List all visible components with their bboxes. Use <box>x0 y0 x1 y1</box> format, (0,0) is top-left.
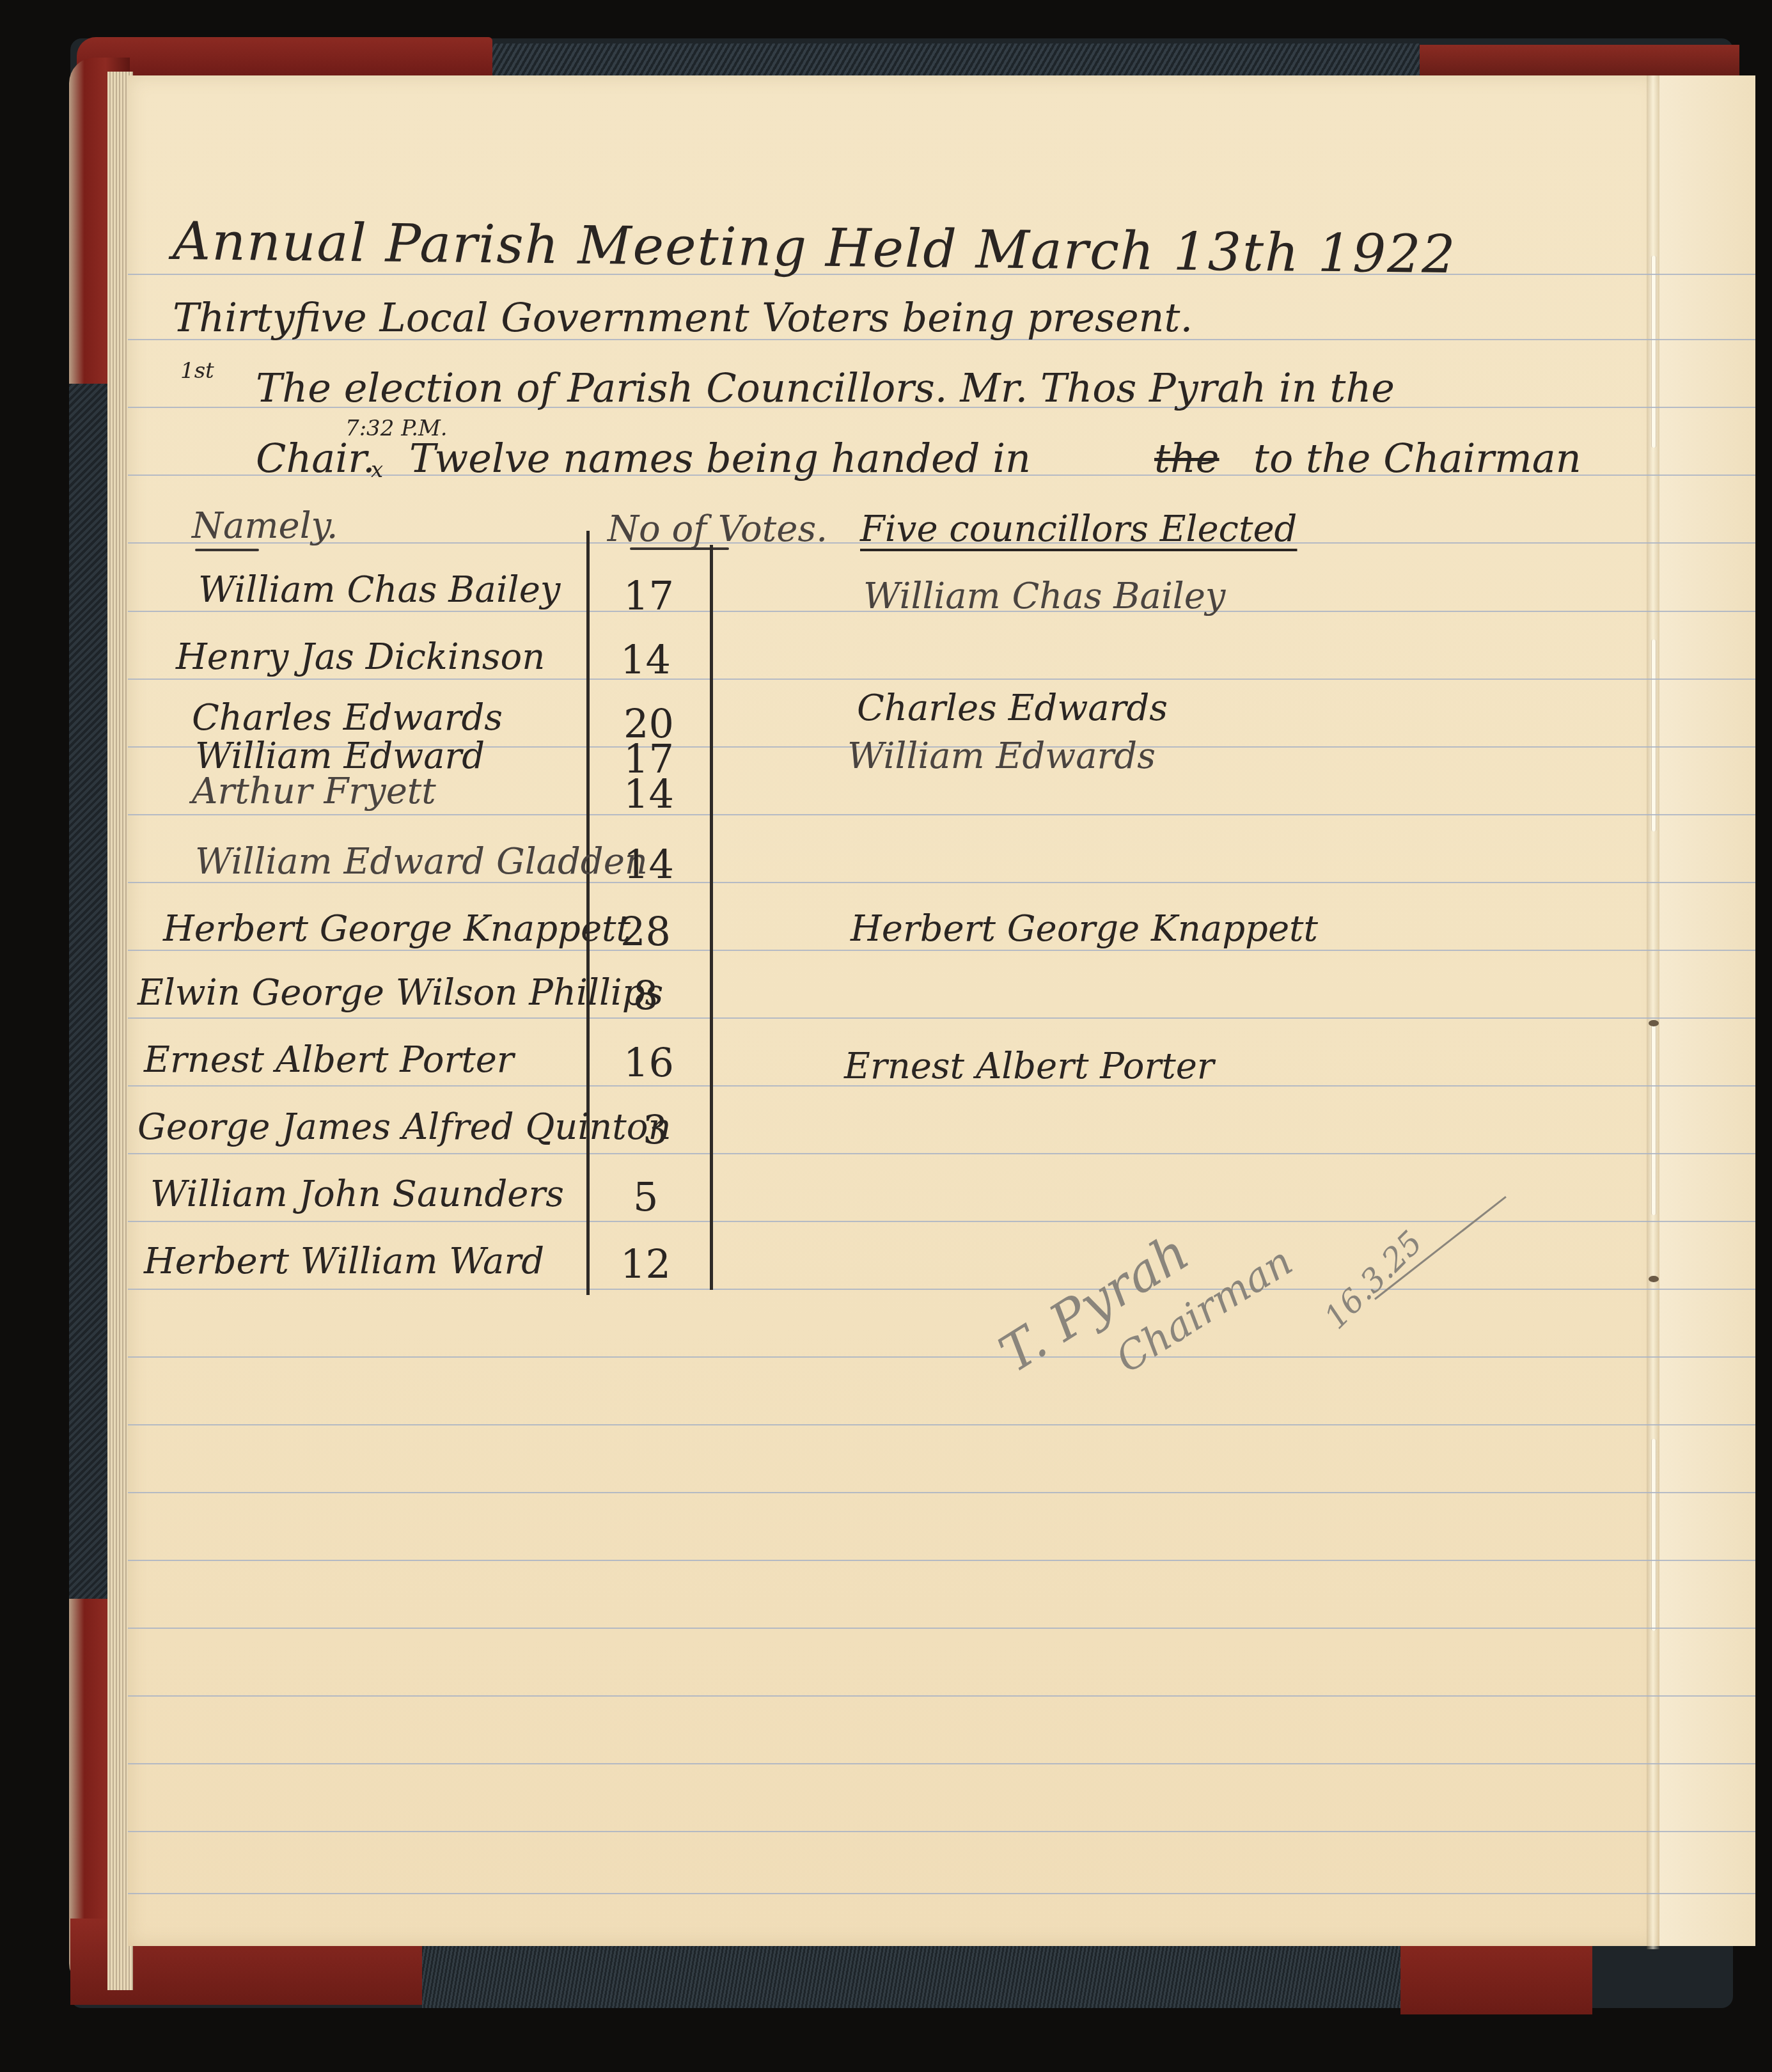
elected-column-header: Five councillors Elected <box>860 508 1297 550</box>
stitch-knot <box>1649 1276 1659 1282</box>
elected-councillor: Herbert George Knappett <box>851 908 1318 950</box>
leather-corner-top-left <box>77 37 492 77</box>
candidate-name: Herbert George Knappett <box>163 908 631 950</box>
candidate-name: Henry Jas Dickinson <box>176 636 545 678</box>
to-chairman: to the Chairman <box>1253 435 1581 482</box>
cover-cloth-top <box>486 43 1420 79</box>
candidate-votes: 3 <box>643 1106 668 1153</box>
candidate-name: George James Alfred Quinton <box>137 1106 671 1148</box>
candidate-votes: 16 <box>623 1039 674 1086</box>
item-number: 1st <box>180 358 214 384</box>
elected-councillor: Charles Edwards <box>857 687 1168 729</box>
candidate-name: Elwin George Wilson Phillips <box>137 972 663 1014</box>
candidate-name: Herbert William Ward <box>144 1241 544 1282</box>
chair-word: Chair. <box>256 435 375 482</box>
candidate-votes: 17 <box>623 572 674 619</box>
binding-stitch <box>1651 640 1656 831</box>
votes-header-underline <box>630 547 729 550</box>
candidate-votes: 14 <box>620 636 671 683</box>
candidate-name: Arthur Fryett <box>192 771 436 812</box>
candidate-name: Ernest Albert Porter <box>144 1039 514 1081</box>
binding-stitch <box>1651 1023 1656 1215</box>
facing-page-edge <box>1659 75 1755 1946</box>
candidate-votes: 14 <box>623 841 674 888</box>
stitch-knot <box>1649 1020 1659 1026</box>
candidate-votes: 5 <box>633 1173 658 1220</box>
struck-word: the <box>1154 435 1219 482</box>
binding-stitch <box>1651 1439 1656 1631</box>
binding-stitch <box>1651 256 1656 448</box>
elected-councillor: William Edwards <box>847 735 1156 777</box>
candidate-name: William Chas Bailey <box>198 569 560 611</box>
election-line: The election of Parish Councillors. Mr. … <box>256 365 1395 411</box>
names-handed-line: Twelve names being handed in <box>409 435 1031 482</box>
attendance-line: Thirtyfive Local Government Voters being… <box>173 294 1193 341</box>
candidate-name: William John Saunders <box>150 1173 564 1215</box>
candidate-votes: 12 <box>620 1241 671 1287</box>
elected-councillor: Ernest Albert Porter <box>844 1046 1214 1087</box>
votes-column-header: No of Votes. <box>608 508 827 550</box>
candidate-name: Charles Edwards <box>192 697 503 739</box>
namely-label: Namely. <box>192 505 338 547</box>
votes-column-right-rule <box>710 545 713 1290</box>
insertion-caret: x <box>371 457 383 483</box>
candidate-votes: 14 <box>623 771 674 817</box>
elected-councillor: William Chas Bailey <box>863 576 1225 617</box>
candidate-votes: 28 <box>620 908 671 955</box>
candidate-name: William Edward Gladden <box>195 841 648 883</box>
namely-underline <box>195 549 259 551</box>
candidate-votes: 8 <box>633 972 658 1019</box>
